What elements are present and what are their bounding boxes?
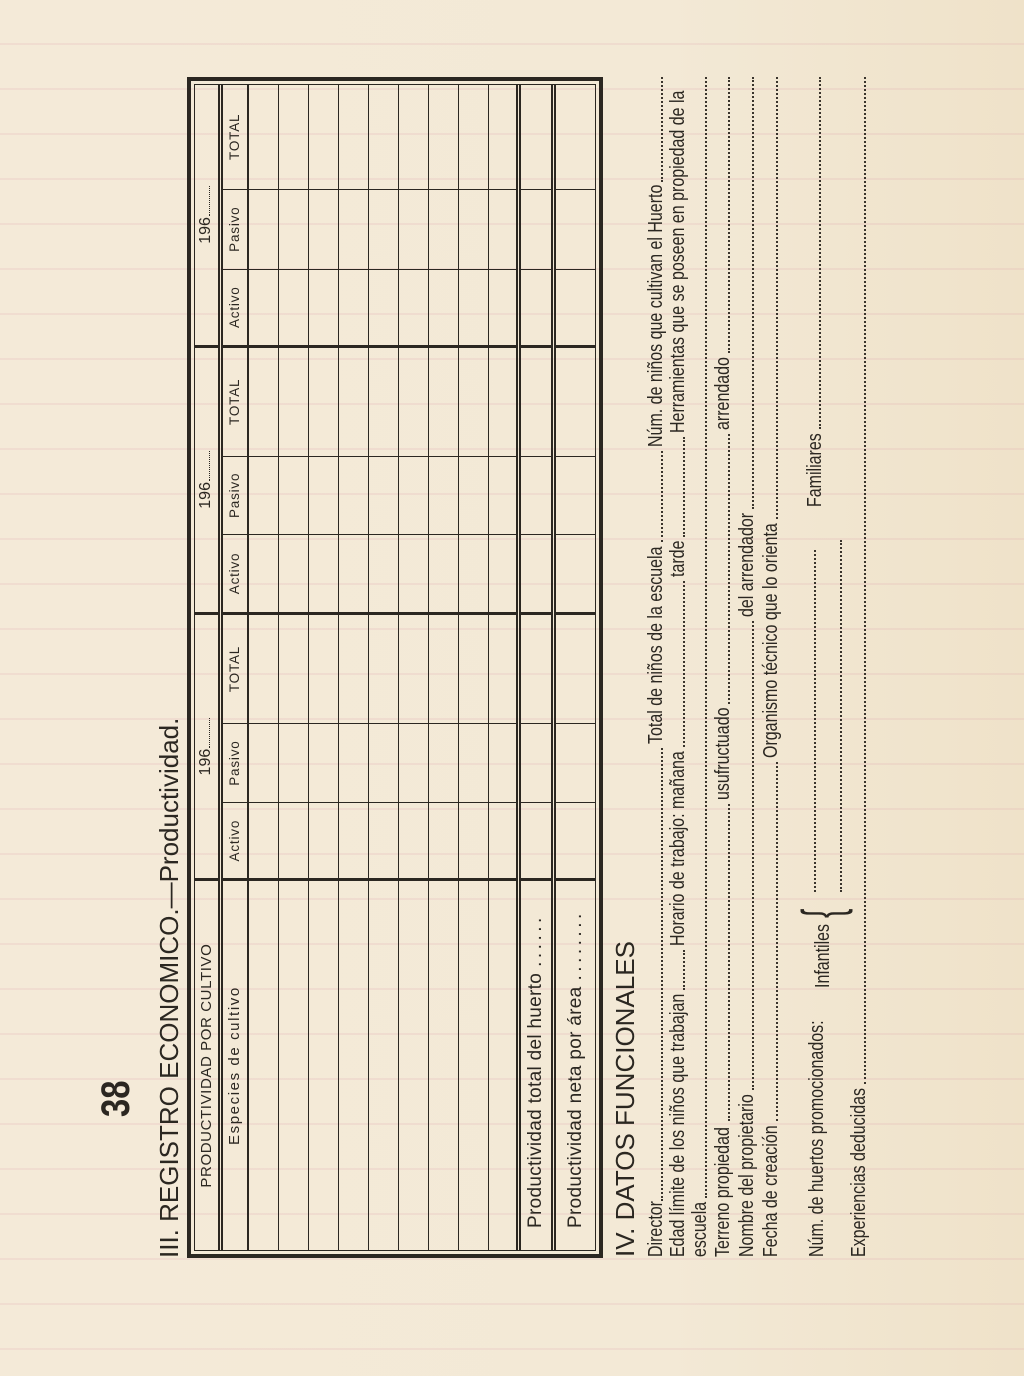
table-cell	[459, 613, 489, 723]
species-cell	[368, 880, 398, 1250]
herramientas-label-continuation: escuela	[690, 1202, 710, 1257]
ninos-cultivan-label: Núm. de niños que cultivan el Huerto	[646, 185, 666, 447]
summary-label-cell: Productividad total del huerto......	[519, 880, 554, 1250]
horario-manana-label: Horario de trabajo: mañana	[668, 751, 688, 946]
table-cell	[489, 803, 519, 880]
total-ninos-label: Total de niños de la escuela	[646, 547, 666, 744]
summary-label-cell: Productividad neta por área........	[554, 880, 595, 1250]
table-cell	[429, 613, 459, 723]
table-row	[398, 85, 428, 1250]
year-label: 196	[197, 482, 214, 509]
table-cell	[554, 803, 595, 880]
column-header-pasivo: Pasivo	[220, 456, 248, 534]
table-cell	[554, 346, 595, 456]
table-cell	[459, 346, 489, 456]
column-header-activo: Activo	[220, 534, 248, 613]
summary-row-productividad-neta: Productividad neta por área........	[554, 85, 595, 1250]
table-cell	[429, 269, 459, 346]
table-cell	[308, 269, 338, 346]
table-cell	[489, 269, 519, 346]
nombre-propietario-label: Nombre del propietario	[737, 1094, 757, 1257]
column-header-activo: Activo	[220, 269, 248, 346]
table-cell	[308, 346, 338, 456]
terreno-arrendado-label: arrendado	[713, 357, 733, 430]
table-cell	[519, 724, 554, 803]
table-cell	[338, 456, 368, 534]
table-row	[368, 85, 398, 1250]
horario-manana-field	[683, 581, 685, 747]
summary-label: Productividad neta por área	[565, 986, 586, 1228]
table-cell	[489, 456, 519, 534]
edad-limite-label: Edad límite de los niños que trabajan	[668, 994, 688, 1257]
table-cell	[554, 724, 595, 803]
edad-limite-field	[683, 950, 685, 990]
table-row	[489, 85, 519, 1250]
table-cell	[554, 534, 595, 613]
herramientas-field	[705, 77, 707, 1198]
nombre-arrendador-field	[752, 77, 754, 509]
terreno-propiedad-field	[728, 804, 730, 1121]
director-field	[661, 748, 663, 1201]
horario-tarde-field	[683, 437, 685, 537]
organismo-tecnico-label: Organismo técnico que lo orienta	[761, 523, 781, 758]
table-cell	[429, 803, 459, 880]
section-title-registro-economico: III. REGISTRO ECONOMICO.—Productividad.	[156, 718, 182, 1258]
table-cell	[429, 456, 459, 534]
table-cell	[278, 269, 308, 346]
table-cell	[398, 534, 428, 613]
table-row	[459, 85, 489, 1250]
summary-label: Productividad total del huerto	[525, 973, 546, 1228]
species-cell	[278, 880, 308, 1250]
summary-row-productividad-total: Productividad total del huerto......	[519, 85, 554, 1250]
table-row	[278, 85, 308, 1250]
curly-brace-icon	[794, 909, 850, 918]
section-title-datos-funcionales: IV. DATOS FUNCIONALES	[612, 941, 638, 1257]
table-cell	[489, 613, 519, 723]
table-cell	[459, 534, 489, 613]
experiencias-label: Experiencias deducidas	[849, 1088, 869, 1257]
horario-tarde-label: tarde	[668, 541, 688, 577]
leader-dots: ........	[565, 910, 586, 980]
table-cell	[459, 803, 489, 880]
table-cell	[489, 346, 519, 456]
huertos-promocionados-label: Núm. de huertos promocionados:	[807, 1020, 827, 1257]
table-cell	[278, 456, 308, 534]
director-label: Director	[646, 1201, 666, 1257]
year-label: 196	[197, 749, 214, 776]
terreno-usufructuado-label: usufructuado	[713, 707, 733, 800]
table-header-title: PRODUCTIVIDAD POR CULTIVO	[195, 880, 220, 1250]
terreno-propiedad-label: Terreno propiedad	[713, 1127, 733, 1257]
column-header-activo: Activo	[220, 803, 248, 880]
year-blank	[209, 451, 210, 481]
table-cell	[278, 534, 308, 613]
table-cell	[519, 803, 554, 880]
column-header-especies: Especies de cultivo	[220, 880, 248, 1250]
table-cell	[368, 613, 398, 723]
table-cell	[398, 803, 428, 880]
table-cell	[368, 85, 398, 189]
table-cell	[308, 189, 338, 269]
table-cell	[308, 85, 338, 189]
table-cell	[338, 346, 368, 456]
table-cell	[278, 724, 308, 803]
table-cell	[368, 346, 398, 456]
table-cell	[398, 85, 428, 189]
table-cell	[338, 85, 368, 189]
species-cell	[338, 880, 368, 1250]
table-cell	[459, 189, 489, 269]
leader-dots: ......	[525, 914, 546, 967]
fecha-creacion-field	[776, 762, 778, 1121]
infantiles-field-2	[840, 540, 842, 892]
infantiles-label: Infantiles	[813, 924, 833, 988]
table-cell	[248, 534, 278, 613]
table-cell	[308, 534, 338, 613]
column-header-pasivo: Pasivo	[220, 189, 248, 269]
table-cell	[459, 85, 489, 189]
nombre-propietario-field	[752, 621, 754, 1090]
table-cell	[519, 189, 554, 269]
table-cell	[429, 724, 459, 803]
table-cell	[398, 456, 428, 534]
table-cell	[248, 613, 278, 723]
table-header-row-1: PRODUCTIVIDAD POR CULTIVO 196 196 196	[195, 85, 220, 1250]
table-cell	[248, 269, 278, 346]
table-cell	[338, 269, 368, 346]
table-row	[429, 85, 459, 1250]
species-cell	[429, 880, 459, 1250]
table-cell	[338, 189, 368, 269]
species-cell	[489, 880, 519, 1250]
table-cell	[248, 456, 278, 534]
year-group-header: 196	[195, 613, 220, 879]
table-cell	[368, 803, 398, 880]
column-header-total: TOTAL	[220, 346, 248, 456]
table-cell	[368, 269, 398, 346]
table-cell	[459, 456, 489, 534]
familiares-label: Familiares	[805, 433, 825, 507]
table-cell	[368, 534, 398, 613]
table-cell	[398, 269, 428, 346]
table-cell	[308, 724, 338, 803]
table-header-row-2: Especies de cultivo Activo Pasivo TOTAL …	[220, 85, 248, 1250]
table-cell	[278, 189, 308, 269]
table-cell	[368, 724, 398, 803]
productividad-table-frame: PRODUCTIVIDAD POR CULTIVO 196 196 196 Es…	[187, 77, 603, 1258]
table-cell	[554, 85, 595, 189]
ninos-cultivan-field	[661, 77, 663, 182]
table-row	[338, 85, 368, 1250]
familiares-field	[819, 77, 821, 429]
table-cell	[248, 189, 278, 269]
table-cell	[338, 803, 368, 880]
nombre-arrendador-label: del arrendador	[737, 513, 757, 617]
table-cell	[459, 724, 489, 803]
table-cell	[308, 456, 338, 534]
table-cell	[278, 803, 308, 880]
species-cell	[459, 880, 489, 1250]
experiencias-field	[864, 77, 866, 1084]
table-row	[248, 85, 278, 1250]
page-number: 38	[96, 1081, 136, 1117]
fecha-creacion-label: Fecha de creación	[761, 1125, 781, 1257]
table-cell	[489, 85, 519, 189]
table-cell	[519, 456, 554, 534]
table-cell	[489, 534, 519, 613]
column-header-pasivo: Pasivo	[220, 724, 248, 803]
table-cell	[429, 85, 459, 189]
terreno-usufructuado-field	[728, 434, 730, 704]
table-cell	[248, 346, 278, 456]
table-cell	[554, 269, 595, 346]
table-cell	[398, 613, 428, 723]
year-group-header: 196	[195, 346, 220, 613]
table-cell	[248, 803, 278, 880]
year-blank	[209, 186, 210, 216]
organismo-tecnico-field	[776, 77, 778, 519]
document-page: 38 III. REGISTRO ECONOMICO.—Productivida…	[0, 0, 1024, 1376]
table-cell	[278, 613, 308, 723]
infantiles-field-1	[814, 550, 816, 892]
herramientas-label: Herramientas que se poseen en propiedad …	[668, 91, 688, 433]
table-cell	[368, 456, 398, 534]
table-cell	[554, 189, 595, 269]
table-cell	[338, 534, 368, 613]
table-cell	[338, 613, 368, 723]
table-cell	[398, 346, 428, 456]
year-label: 196	[197, 217, 214, 244]
table-cell	[489, 724, 519, 803]
table-cell	[398, 189, 428, 269]
table-cell	[554, 613, 595, 723]
species-cell	[248, 880, 278, 1250]
table-cell	[278, 346, 308, 456]
table-cell	[308, 613, 338, 723]
year-group-header: 196	[195, 85, 220, 346]
table-cell	[278, 85, 308, 189]
species-cell	[398, 880, 428, 1250]
table-cell	[459, 269, 489, 346]
column-header-total: TOTAL	[220, 85, 248, 189]
species-cell	[308, 880, 338, 1250]
productividad-table-inner-frame: PRODUCTIVIDAD POR CULTIVO 196 196 196 Es…	[194, 84, 596, 1251]
productividad-table: PRODUCTIVIDAD POR CULTIVO 196 196 196 Es…	[195, 85, 595, 1250]
table-cell	[429, 534, 459, 613]
table-cell	[489, 189, 519, 269]
table-cell	[554, 456, 595, 534]
table-cell	[338, 724, 368, 803]
table-cell	[519, 85, 554, 189]
table-cell	[429, 346, 459, 456]
table-cell	[519, 346, 554, 456]
year-blank	[209, 718, 210, 748]
column-header-total: TOTAL	[220, 613, 248, 723]
table-cell	[308, 803, 338, 880]
terreno-arrendado-field	[728, 77, 730, 353]
table-cell	[368, 189, 398, 269]
table-cell	[398, 724, 428, 803]
table-cell	[248, 85, 278, 189]
table-cell	[519, 613, 554, 723]
total-ninos-field	[661, 451, 663, 542]
table-cell	[519, 534, 554, 613]
table-cell	[429, 189, 459, 269]
table-cell	[519, 269, 554, 346]
table-row	[308, 85, 338, 1250]
table-cell	[248, 724, 278, 803]
